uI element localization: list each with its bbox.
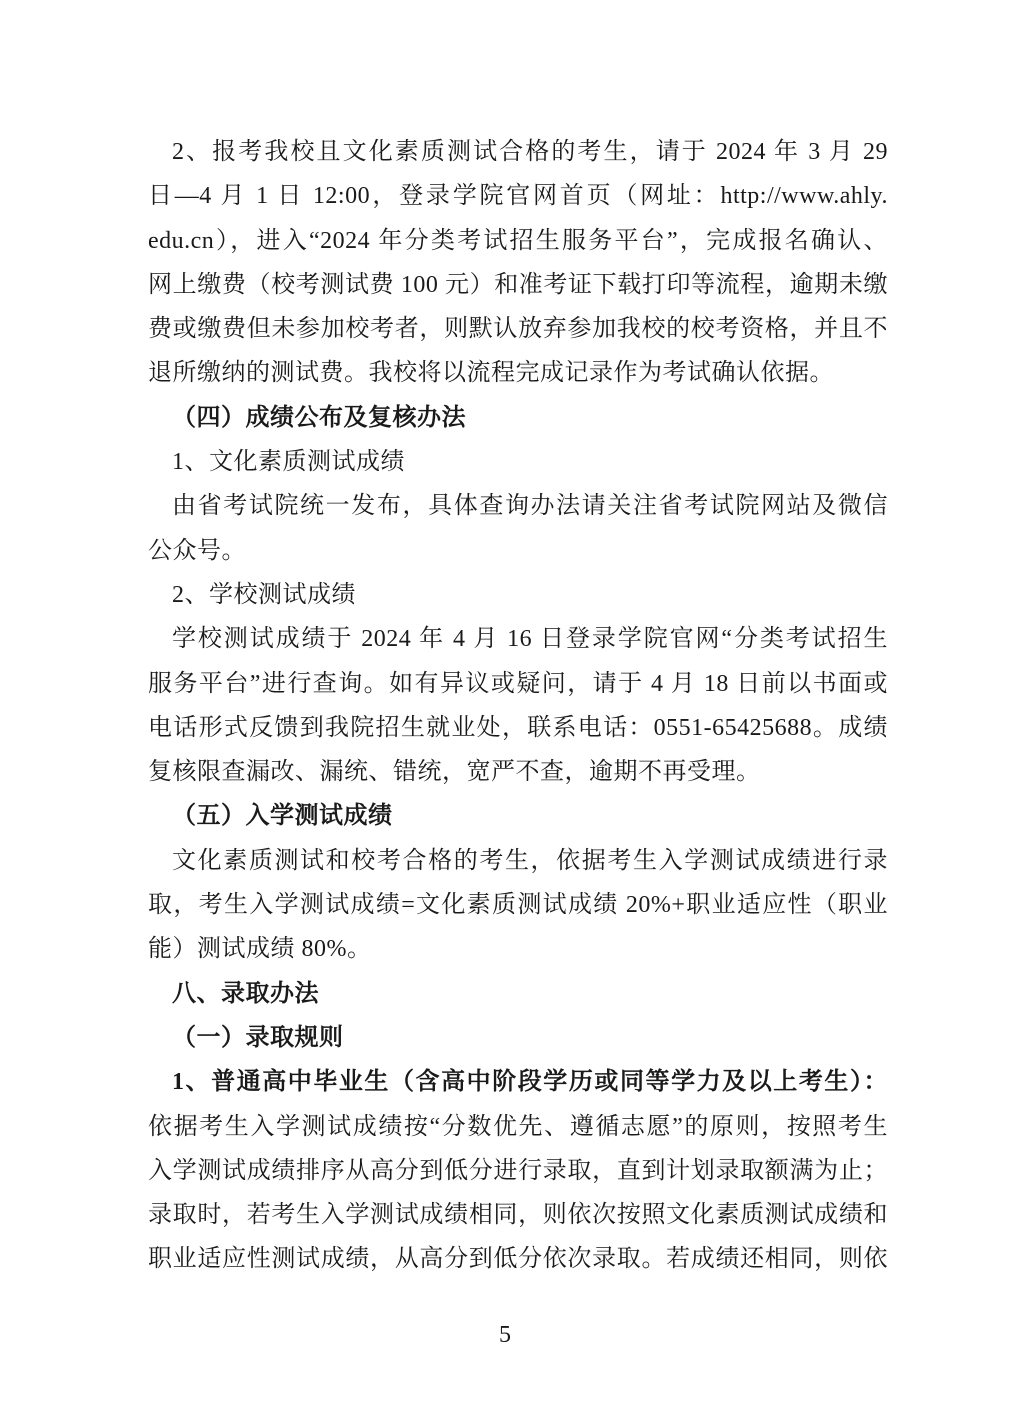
document-page: 2、报考我校且文化素质测试合格的考生，请于 2024 年 3 月 29日—4 月… xyxy=(0,0,1010,1423)
text-line: （四）成绩公布及复核办法 xyxy=(148,396,888,440)
text-line: 网上缴费（校考测试费 100 元）和准考证下载打印等流程，逾期未缴 xyxy=(148,263,888,307)
heading-section-4-score-publication: （四）成绩公布及复核办法 xyxy=(148,396,888,440)
text-line: 退所缴纳的测试费。我校将以流程完成记录作为考试确认依据。 xyxy=(148,351,888,395)
heading-section-1-admission-rules: （一）录取规则 xyxy=(148,1016,888,1060)
para-item-1-culture-test-score: 1、文化素质测试成绩 xyxy=(148,440,888,484)
heading-section-5-admission-test-score: （五）入学测试成绩 xyxy=(148,794,888,838)
para-culture-score-release: 由省考试院统一发布，具体查询办法请关注省考试院网站及微信公众号。 xyxy=(148,484,888,573)
text-line: 2、报考我校且文化素质测试合格的考生，请于 2024 年 3 月 29 xyxy=(148,130,888,174)
text-line: 1、文化素质测试成绩 xyxy=(148,440,888,484)
page-number: 5 xyxy=(499,1322,511,1348)
text-line: 能）测试成绩 80%。 xyxy=(148,927,888,971)
document-text-block: 2、报考我校且文化素质测试合格的考生，请于 2024 年 3 月 29日—4 月… xyxy=(148,130,888,1282)
text-line: 服务平台”进行查询。如有异议或疑问，请于 4 月 18 日前以书面或 xyxy=(148,662,888,706)
text-line: 职业适应性测试成绩，从高分到低分依次录取。若成绩还相同，则依 xyxy=(148,1237,888,1281)
para-admission-score-formula: 文化素质测试和校考合格的考生，依据考生入学测试成绩进行录取，考生入学测试成绩=文… xyxy=(148,839,888,972)
text-line: 取，考生入学测试成绩=文化素质测试成绩 20%+职业适应性（职业技 xyxy=(148,883,888,927)
heading-chapter-8-admission-method: 八、录取办法 xyxy=(148,972,888,1016)
page-footer: 5 xyxy=(0,1322,1010,1349)
text-line: edu.cn），进入“2024 年分类考试招生服务平台”，完成报名确认、 xyxy=(148,219,888,263)
text-line: （五）入学测试成绩 xyxy=(148,794,888,838)
para-rule-1-regular-high-school-graduates: 1、普通高中毕业生（含高中阶段学历或同等学力及以上考生）：依据考生入学测试成绩按… xyxy=(148,1060,888,1281)
text-line: 电话形式反馈到我院招生就业处，联系电话：0551-65425688。成绩 xyxy=(148,706,888,750)
text-line: 2、学校测试成绩 xyxy=(148,573,888,617)
text-line: 费或缴费但未参加校考者，则默认放弃参加我校的校考资格，并且不 xyxy=(148,307,888,351)
para-school-exam-registration: 2、报考我校且文化素质测试合格的考生，请于 2024 年 3 月 29日—4 月… xyxy=(148,130,888,396)
para-item-2-school-test-score: 2、学校测试成绩 xyxy=(148,573,888,617)
text-line: 1、普通高中毕业生（含高中阶段学历或同等学力及以上考生）： xyxy=(148,1060,888,1104)
text-line: 文化素质测试和校考合格的考生，依据考生入学测试成绩进行录 xyxy=(148,839,888,883)
text-line: 复核限查漏改、漏统、错统，宽严不查，逾期不再受理。 xyxy=(148,750,888,794)
text-line: 日—4 月 1 日 12:00，登录学院官网首页（网址：http://www.a… xyxy=(148,174,888,218)
text-line: 录取时，若考生入学测试成绩相同，则依次按照文化素质测试成绩和 xyxy=(148,1193,888,1237)
text-line: 由省考试院统一发布，具体查询办法请关注省考试院网站及微信 xyxy=(148,484,888,528)
text-line: 八、录取办法 xyxy=(148,972,888,1016)
text-line: 入学测试成绩排序从高分到低分进行录取，直到计划录取额满为止； xyxy=(148,1149,888,1193)
text-line: 依据考生入学测试成绩按“分数优先、遵循志愿”的原则，按照考生 xyxy=(148,1105,888,1149)
text-line: （一）录取规则 xyxy=(148,1016,888,1060)
text-line: 公众号。 xyxy=(148,529,888,573)
text-line: 学校测试成绩于 2024 年 4 月 16 日登录学院官网“分类考试招生 xyxy=(148,617,888,661)
para-school-score-query: 学校测试成绩于 2024 年 4 月 16 日登录学院官网“分类考试招生服务平台… xyxy=(148,617,888,794)
